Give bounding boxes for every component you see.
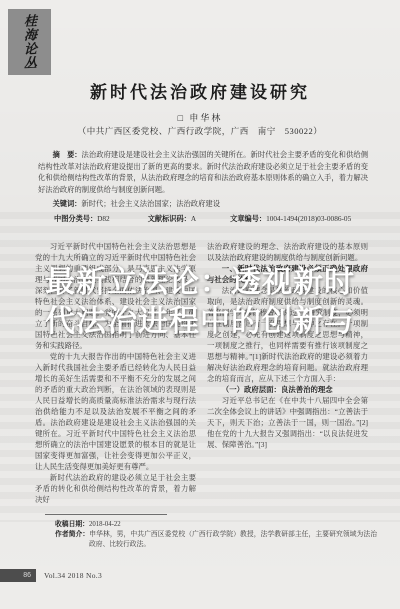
footnote-block: 收稿日期：2018-04-22 作者简介：申华林，男，中共广西区委党校（广西行政… bbox=[55, 520, 377, 549]
clc-label: 中图分类号： bbox=[54, 214, 97, 223]
author-name: 申华林 bbox=[189, 113, 222, 123]
abstract-text: 法治政府建设是建设社会主义法治强国的关键所在。新时代社会主要矛盾的变化和供给侧结… bbox=[38, 150, 368, 194]
doc-code-segment: 文献标识码：A bbox=[148, 213, 196, 225]
journal-page-scan: 桂海论丛 新时代法治政府建设研究 □ 申华林 （中共广西区委党校、广西行政学院，… bbox=[0, 0, 400, 609]
page-number: 86 bbox=[23, 572, 31, 579]
classification-line: 中图分类号：D82 文献标识码：A 文章编号：1004-1494(2018)03… bbox=[38, 213, 368, 225]
body-paragraph: 党的十九大报告作出的中国特色社会主义进入新时代我国社会主要矛盾已经转化为人民日益… bbox=[35, 351, 196, 472]
author-affiliation: （中共广西区委党校、广西行政学院，广西 南宁 530022） bbox=[0, 125, 400, 137]
sub-section-heading: （一）政府层面：良法善治的理念 bbox=[207, 384, 368, 395]
doc-code-value: A bbox=[191, 214, 196, 223]
body-paragraph: 法治政府理念是法治政府建设的核心和价值取向，是法治政府制度供给与制度创新的灵魂。… bbox=[207, 285, 368, 384]
keywords-text: 新时代；社会主义法治国家；法治政府建设 bbox=[81, 199, 220, 208]
received-date-label: 收稿日期： bbox=[55, 521, 89, 528]
clc-value: D82 bbox=[97, 214, 110, 223]
body-right-column: 法治政府建设的理念、法治政府建设的基本原则以及法治政府建设的制度供给与制度创新问… bbox=[207, 241, 368, 450]
article-id-segment: 文章编号：1004-1494(2018)03-0086-05 bbox=[230, 213, 351, 225]
author-marker-icon: □ bbox=[178, 113, 185, 123]
article-meta-block: 摘 要：法治政府建设是建设社会主义法治强国的关键所在。新时代社会主要矛盾的变化和… bbox=[38, 149, 368, 224]
journal-logo-text: 桂海论丛 bbox=[20, 14, 39, 71]
received-date-line: 收稿日期：2018-04-22 bbox=[55, 520, 377, 530]
body-left-column: 习近平新时代中国特色社会主义法治思想是党的十九大所确立的习近平新时代中国特色社会… bbox=[35, 241, 196, 505]
article-id-label: 文章编号： bbox=[230, 214, 266, 223]
article-id-value: 1004-1494(2018)03-0086-05 bbox=[266, 214, 351, 223]
abstract-label: 摘 要： bbox=[53, 150, 82, 159]
doc-code-label: 文献标识码： bbox=[148, 214, 191, 223]
body-paragraph: 习近平新时代中国特色社会主义法治思想是党的十九大所确立的习近平新时代中国特色社会… bbox=[35, 241, 196, 351]
received-date-value: 2018-04-22 bbox=[89, 521, 121, 528]
keywords-line: 关键词：新时代；社会主义法治国家；法治政府建设 bbox=[38, 198, 368, 210]
keywords-label: 关键词： bbox=[53, 199, 82, 208]
footnote-divider bbox=[45, 514, 167, 515]
abstract-paragraph: 摘 要：法治政府建设是建设社会主义法治强国的关键所在。新时代社会主要矛盾的变化和… bbox=[38, 149, 368, 195]
section-heading: 一、新时代法治政府建设必须正确处理政府与社会的关系 bbox=[207, 263, 368, 285]
author-bio-line: 作者简介：申华林，男，中共广西区委党校（广西行政学院）教授，法学教研部主任，主要… bbox=[55, 530, 377, 550]
author-bio-text: 申华林，男，中共广西区委党校（广西行政学院）教授，法学教研部主任，主要研究领域为… bbox=[89, 531, 377, 548]
author-bio-label: 作者简介： bbox=[55, 531, 89, 538]
body-paragraph: 新时代法治政府的建设必须立足于社会主要矛盾的转化和供给侧结构性改革的背景，着力解… bbox=[35, 472, 196, 505]
page-number-box: 86 bbox=[0, 569, 36, 582]
journal-logo: 桂海论丛 bbox=[8, 9, 51, 75]
body-paragraph: 习近平总书记在《在中共十八届四中全会第二次全体会议上的讲话》中强调指出：“立善法… bbox=[207, 395, 368, 450]
issue-info: Vol.34 2018 No.3 bbox=[44, 571, 102, 580]
author-line: □ 申华林 bbox=[0, 111, 400, 124]
article-title: 新时代法治政府建设研究 bbox=[0, 78, 400, 103]
clc-segment: 中图分类号：D82 bbox=[54, 213, 110, 225]
body-paragraph-continuation: 法治政府建设的理念、法治政府建设的基本原则以及法治政府建设的制度供给与制度创新问… bbox=[207, 241, 368, 263]
